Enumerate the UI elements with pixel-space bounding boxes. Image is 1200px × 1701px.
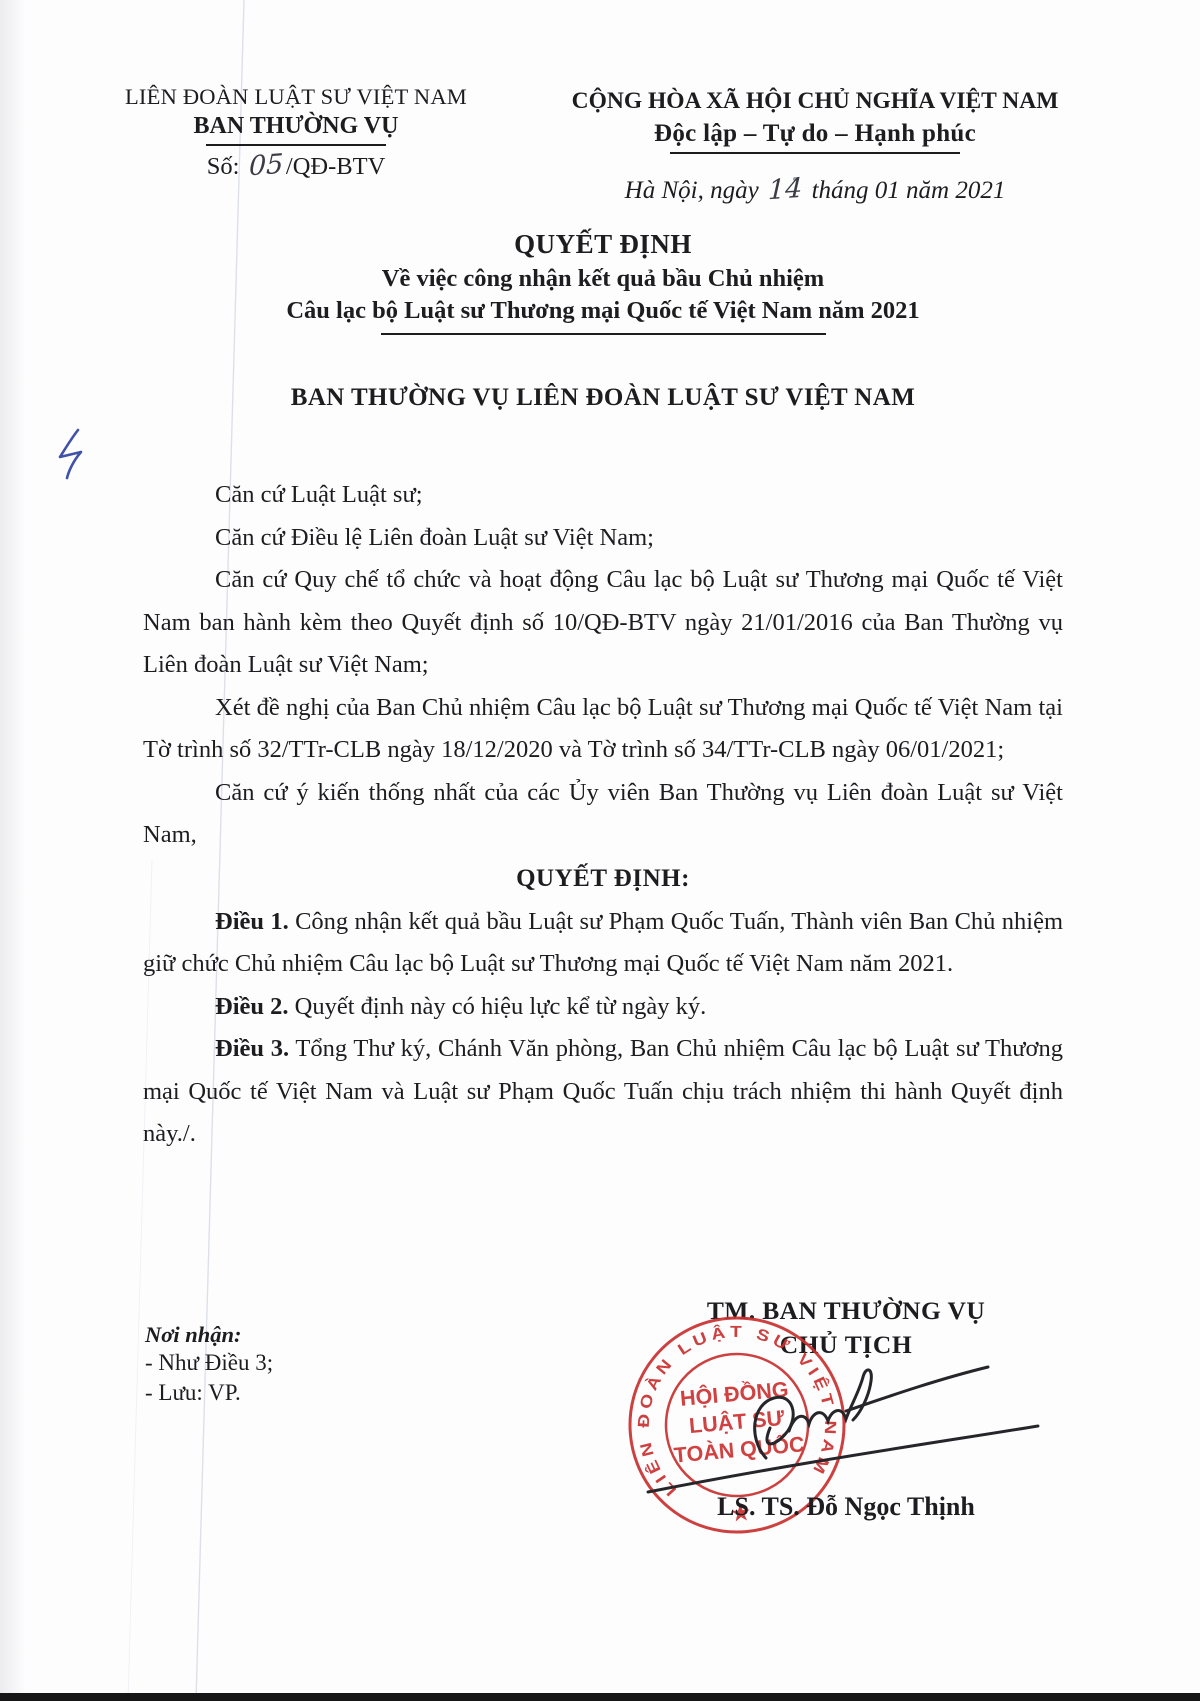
signer-name: LS. TS. Đỗ Ngọc Thịnh xyxy=(628,1492,1064,1522)
handwritten-signature xyxy=(0,0,1200,1701)
document-page: LIÊN ĐOÀN LUẬT SƯ VIỆT NAM BAN THƯỜNG VỤ… xyxy=(0,0,1200,1701)
margin-pen-mark xyxy=(40,420,100,490)
scan-bottom-edge xyxy=(0,1693,1200,1701)
